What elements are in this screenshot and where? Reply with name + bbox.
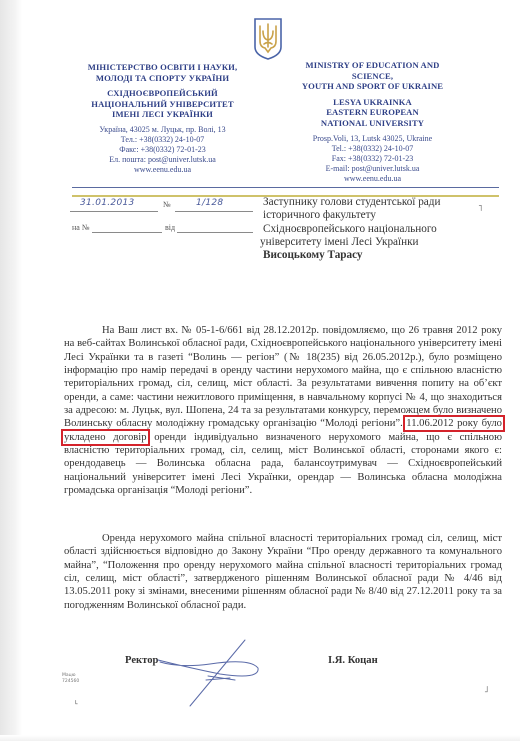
scan-shadow	[0, 0, 22, 741]
letterhead-ukrainian: МІНІСТЕРСТВО ОСВІТИ І НАУКИ, МОЛОДІ ТА С…	[80, 62, 245, 175]
ministry-name-en: MINISTRY OF EDUCATION AND SCIENCE, YOUTH…	[290, 60, 455, 92]
email: E-mail: post@univer.lutsk.ua	[290, 164, 455, 174]
addressee-block: Заступнику голови студентської ради істо…	[260, 196, 500, 262]
signatory-name: І.Я. Коцан	[328, 655, 378, 666]
ministry-name-ua: МІНІСТЕРСТВО ОСВІТИ І НАУКИ, МОЛОДІ ТА С…	[80, 62, 245, 83]
contacts-en: Prosp.Voli, 13, Lutsk 43025, Ukraine Tel…	[290, 134, 455, 184]
ref-number-label: на №	[72, 223, 89, 232]
ukraine-crest-icon	[253, 17, 283, 61]
ref-date-underline	[177, 232, 253, 233]
outgoing-date: 31.01.2013	[80, 198, 135, 208]
ref-number-underline	[92, 232, 162, 233]
university-name-ua: СХІДНОЄВРОПЕЙСЬКИЙ НАЦІОНАЛЬНИЙ УНІВЕРСИ…	[80, 88, 245, 120]
website: www.eenu.edu.ua	[80, 165, 245, 175]
letterhead-english: MINISTRY OF EDUCATION AND SCIENCE, YOUTH…	[290, 60, 455, 184]
executor-info: Мацю 724560	[62, 673, 79, 684]
university-name-en: LESYA UKRAINKA EASTERN EUROPEAN NATIONAL…	[290, 97, 455, 129]
number-underline	[175, 211, 253, 212]
corner-mark-top-right: ˥	[478, 204, 482, 214]
contacts-ua: Україна, 43025 м. Луцьк, пр. Волі, 13 Те…	[80, 125, 245, 175]
email: Ел. пошта: post@univer.lutsk.ua	[80, 155, 245, 165]
phone: Тел.: +38(0332) 24-10-07	[80, 135, 245, 145]
address: Prosp.Voli, 13, Lutsk 43025, Ukraine	[290, 134, 455, 144]
handwritten-signature-icon	[150, 638, 265, 708]
header-rule-blue	[72, 187, 499, 188]
website: www.eenu.edu.ua	[290, 174, 455, 184]
fax: Fax: +38(0332) 72-01-23	[290, 154, 455, 164]
address: Україна, 43025 м. Луцьк, пр. Волі, 13	[80, 125, 245, 135]
executor-phone: 724560	[62, 679, 79, 685]
addressee-name: Висоцькому Тарасу	[260, 249, 500, 262]
letter-body-paragraph-2: Оренда нерухомого майна спільної власнос…	[64, 532, 502, 612]
scan-bottom-edge	[0, 735, 520, 741]
ref-date-label: від	[165, 223, 175, 232]
date-underline	[70, 211, 158, 212]
phone: Tel.: +38(0332) 24-10-07	[290, 144, 455, 154]
corner-mark-bottom-right: ˩	[484, 685, 488, 695]
corner-mark-bottom-left: ˪	[75, 696, 78, 707]
fax: Факс: +38(0332) 72-01-23	[80, 145, 245, 155]
letter-body-paragraph-1: На Ваш лист вх. № 05-1-6/661 від 28.12.2…	[64, 324, 502, 497]
outgoing-number: 1/128	[196, 198, 223, 208]
number-label: №	[163, 200, 171, 209]
